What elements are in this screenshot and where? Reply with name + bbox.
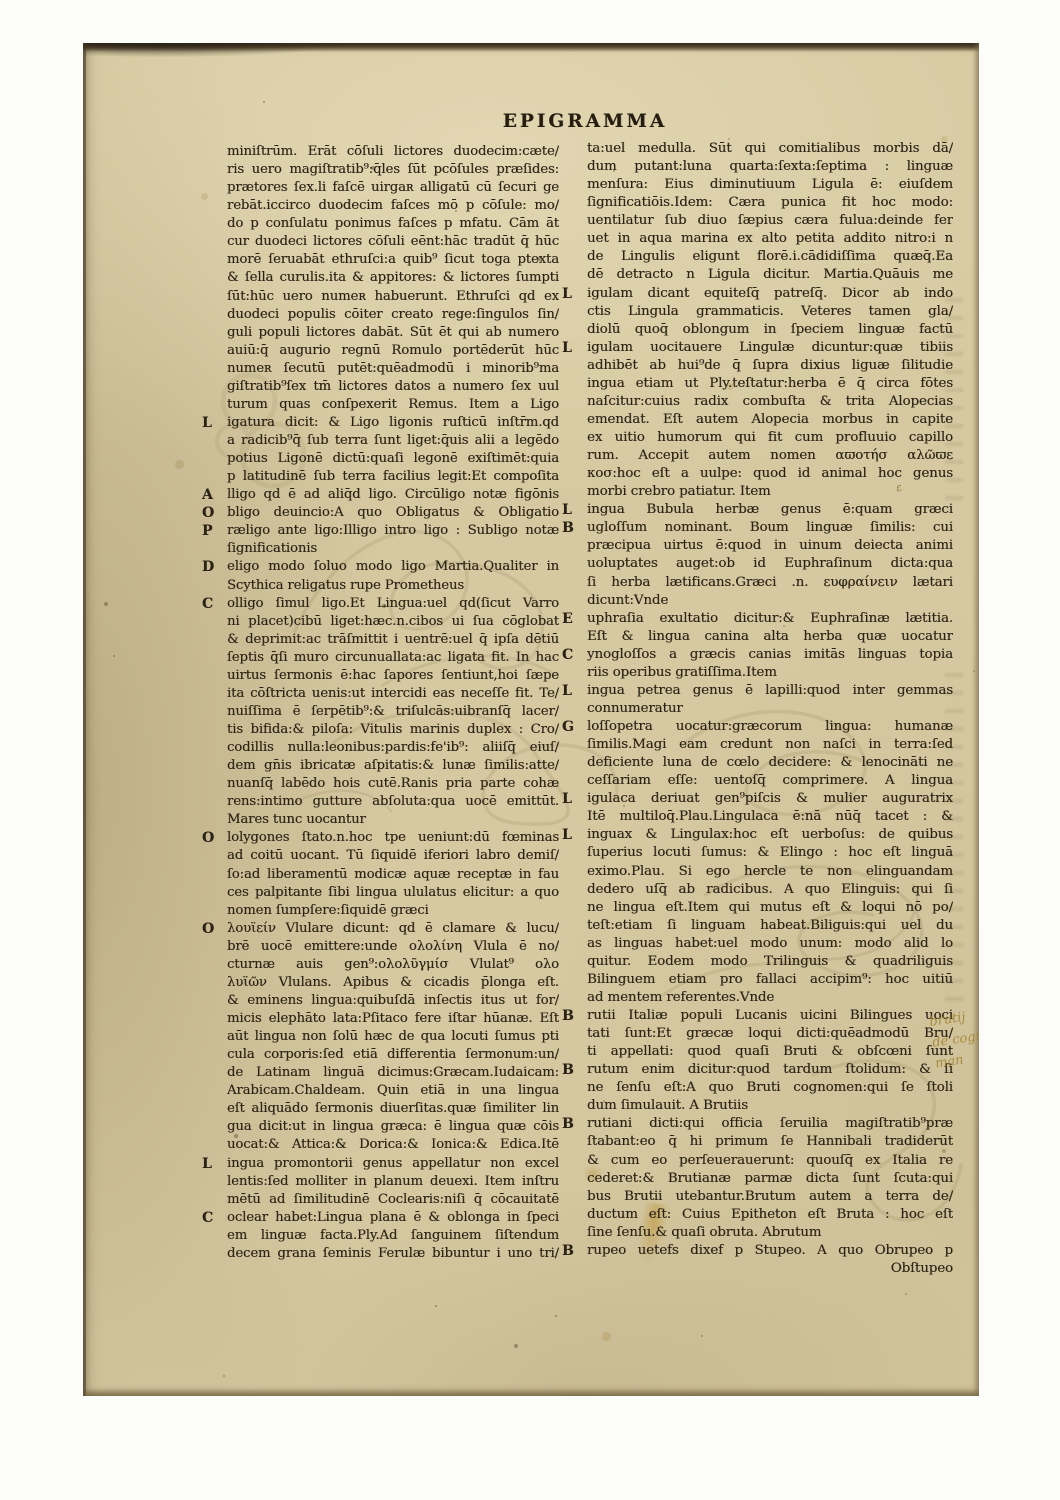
text-line: emendat. Eſt autem Alopecia morbus in ca…: [561, 411, 953, 429]
line-text: eſt aliquādo ſermonis diuerſitas.quæ ſim…: [227, 1100, 559, 1118]
margin-letter: [561, 664, 587, 682]
text-line: rens:intimo gutture abſoluta:qua uocē em…: [201, 793, 559, 811]
line-text: Bilinguem etiam pro fallaci accipim⁹: ho…: [587, 971, 953, 989]
text-line: dedero uſq̄ ab radicibus. A quo Elinguis…: [561, 881, 953, 899]
margin-letter: [561, 574, 587, 592]
margin-letter: [201, 649, 227, 667]
line-text: cur duodeci lictores cōſuli eēnt:hāc tra…: [227, 233, 559, 251]
text-line: λυϊῶν Vlulans. Apibus & cicadis p̄longa …: [201, 974, 559, 992]
line-text: duodeci populis cōiter creato rege:ſingu…: [227, 306, 559, 324]
margin-letter: [201, 1245, 227, 1263]
line-text: ad mentem referentes.Vnde: [587, 989, 953, 1007]
line-text: λυϊῶν Vlulans. Apibus & cicadis p̄longa …: [227, 974, 559, 992]
text-line: Ligulaca deriuat̄ gen⁹piſcis & mulier au…: [561, 790, 953, 808]
margin-letter: [201, 215, 227, 233]
text-line: ad mentem referentes.Vnde: [561, 989, 953, 1007]
margin-letter: [561, 1025, 587, 1043]
margin-letter: [561, 628, 587, 646]
text-line: ſuperius locuti ſumus: & Elingo : hoc eſ…: [561, 844, 953, 862]
margin-letter: [201, 324, 227, 342]
text-line: ctis Lingula grammaticis. Veteres tamen …: [561, 303, 953, 321]
text-line: numeʀ ſecutū putēt:quēadmodū i minorib⁹m…: [201, 360, 559, 378]
text-line: Ololygones ſtato.n.hoc tpe ueniunt:dū fœ…: [201, 829, 559, 847]
margin-letter: [201, 540, 227, 558]
margin-letter: L: [561, 285, 587, 303]
text-line: de Latinam linguā dicimus:Græcam.Iudaica…: [201, 1064, 559, 1082]
text-column-right: ta:uel medulla. Sūt qui comitialibus mor…: [561, 140, 953, 1278]
margin-letter: [561, 429, 587, 447]
line-text: ingua petrea genus ē lapilli:quod inter …: [587, 682, 953, 700]
margin-letter: [201, 811, 227, 829]
margin-letter: [201, 757, 227, 775]
margin-letter: [561, 357, 587, 375]
line-text: dem gn̄is ibricatæ aſpitatis:& lunæ ſimi…: [227, 757, 559, 775]
line-text: rutum enim dicitur:quod tardum ſtolidum:…: [587, 1061, 953, 1079]
margin-letter: [201, 342, 227, 360]
line-text: ſtabant:eo q̄ hi primum ſe Hannibali tra…: [587, 1133, 953, 1151]
text-line: rum. Accepit autem nomen αϖοτήσ αλῶϖε: [561, 447, 953, 465]
text-line: Ligulam dicant equiteſq̄ patreſq̄. Dicor…: [561, 285, 953, 303]
line-text: ſi herba lætificans.Græci .n. ευφραίνειν…: [587, 574, 953, 592]
text-line: decem grana ſeminis Ferulæ bibuntur i un…: [201, 1245, 559, 1263]
line-text: turum quas conſpexerit Remus. Item a Lig…: [227, 396, 559, 414]
text-line: do p conſulatu ponimus faſces p mfatu. C…: [201, 215, 559, 233]
text-line: & eminens lingua:quibuſdā inſectis itus …: [201, 992, 559, 1010]
line-text: aūt lingua non ſolū hæc de qua locuti ſu…: [227, 1028, 559, 1046]
line-text: naſcitur:cuius radix combuſta & trita Al…: [587, 393, 953, 411]
line-text: cederet:& Brutianæ parmæ dicta ſunt ſcut…: [587, 1170, 953, 1188]
line-text: Itē multiloq̄.Plau.Lingulaca ē:nā nūq̄ t…: [587, 808, 953, 826]
margin-letter: [561, 754, 587, 772]
line-text: tati ſunt:Et græcæ loqui dicti:quēadmodū…: [587, 1025, 953, 1043]
margin-letter: [561, 863, 587, 881]
margin-letter: [201, 902, 227, 920]
text-line: morē ſeruabāt ethruſci:a quib⁹ ſicut tog…: [201, 251, 559, 269]
line-text: morē ſeruabāt ethruſci:a quib⁹ ſicut tog…: [227, 251, 559, 269]
text-line: ta:uel medulla. Sūt qui comitialibus mor…: [561, 140, 953, 158]
margin-letter: [561, 321, 587, 339]
margin-letter: [561, 844, 587, 862]
line-text: ſine ſenſu.& quaſi obruta. Abrutum: [587, 1224, 953, 1242]
margin-letter: [561, 248, 587, 266]
text-column-left: miniſtrūm. Erāt cōſuli lictores duodecim…: [201, 143, 559, 1263]
text-line: Arabicam.Chaldeam. Quin etiā in una ling…: [201, 1082, 559, 1100]
line-text: rens:intimo gutture abſoluta:qua uocē em…: [227, 793, 559, 811]
text-line: nuanſq̄ labēdo hois cutē.Ranis pria part…: [201, 775, 559, 793]
text-line: brē uocē emittere:unde ολολίνη Vlula ē n…: [201, 938, 559, 956]
line-text: mētū ad ſimilitudinē Coclearis:niſi q̄ c…: [227, 1191, 559, 1209]
text-line: & cum eo perſeuerauerunt: quouſq̄ ex Ita…: [561, 1152, 953, 1170]
line-text: Scythica religatus rupe Prometheus: [227, 577, 559, 595]
text-line: guli populi lictores dabāt. Sūt ēt qui a…: [201, 324, 559, 342]
margin-letter: [201, 775, 227, 793]
margin-letter: [561, 1170, 587, 1188]
line-text: & deprimit:ac trāſmittit i uentrē:uel q̄…: [227, 631, 559, 649]
margin-letter: [561, 266, 587, 284]
margin-letter: P: [201, 522, 227, 540]
text-line: Brutiani dicti:qui officia ſeruilia magi…: [561, 1115, 953, 1133]
text-line: ſignificationis: [201, 540, 559, 558]
margin-letter: L: [561, 826, 587, 844]
text-line: Bilinguem etiam pro fallaci accipim⁹: ho…: [561, 971, 953, 989]
margin-letter: [561, 1043, 587, 1061]
line-text: & ſella curulis.ita & appitores: & licto…: [227, 269, 559, 287]
text-line: ingua etiam ut Ply.teſtatur:herba ē q̄ c…: [561, 375, 953, 393]
margin-letter: [561, 953, 587, 971]
line-text: uphraſia exultatio dicitur:& Euphraſinæ …: [587, 610, 953, 628]
line-text: uoluptates auget:ob id Euphraſinum dicta…: [587, 555, 953, 573]
text-line: miniſtrūm. Erāt cōſuli lictores duodecim…: [201, 143, 559, 161]
margin-letter: [561, 411, 587, 429]
text-line: tis bifida:& piloſa: Vitulis marinis dup…: [201, 721, 559, 739]
text-line: præcipua uirtus ē:quod in uinum deiecta …: [561, 537, 953, 555]
text-line: dē detracto n Ligula dicitur. Martia.Quā…: [561, 266, 953, 284]
text-line: Præligo ante ligo:Illigo intro ligo : Su…: [201, 522, 559, 540]
text-line: uet in aqua marina ex alto petita addito…: [561, 230, 953, 248]
text-line: cederet:& Brutianæ parmæ dicta ſunt ſcut…: [561, 1170, 953, 1188]
line-text: rupeo uetef̄s dixef̄ p Stupeo. A quo Obr…: [587, 1242, 953, 1260]
line-text: riis operibus gratiſſima.Item: [587, 664, 953, 682]
margin-letter: [561, 447, 587, 465]
margin-letter: L: [561, 682, 587, 700]
line-text: em linguæ facta.Ply.Ad ſanguinem ſiſtend…: [227, 1227, 559, 1245]
margin-letter: L: [561, 339, 587, 357]
text-line: Euphraſia exultatio dicitur:& Euphraſinæ…: [561, 610, 953, 628]
margin-letter: [201, 685, 227, 703]
text-line: prætores ſex.li faſcē uirgaʀ alligatū cū…: [201, 179, 559, 197]
margin-letter: [561, 303, 587, 321]
margin-letter: [201, 703, 227, 721]
text-line: naſcitur:cuius radix combuſta & trita Al…: [561, 393, 953, 411]
margin-letter: [201, 739, 227, 757]
line-text: potius Ligonē dictū:quaſi legonē exiſtim…: [227, 450, 559, 468]
margin-letter: [201, 1046, 227, 1064]
margin-letter: [201, 884, 227, 902]
text-line: connumeratur: [561, 700, 953, 718]
line-text: ne ſenſu eſt:A quo Bruti cognomen:qui ſe…: [587, 1079, 953, 1097]
margin-letter: [201, 450, 227, 468]
line-text: miniſtrūm. Erāt cōſuli lictores duodecim…: [227, 143, 559, 161]
line-text: uirtus ſermonis ē:hac ſapores ſentiunt̄,…: [227, 667, 559, 685]
line-text: rutii Italiæ populi Lucanis uicini Bilin…: [587, 1007, 953, 1025]
text-line: Lingua Bubula herbæ genus ē:quam græci: [561, 501, 953, 519]
line-text: ingua etiam ut Ply.teſtatur:herba ē q̄ c…: [587, 375, 953, 393]
margin-letter: [561, 736, 587, 754]
line-text: adhibēt̄ ab hui⁹de q̄ ſupra dixius liguæ…: [587, 357, 953, 375]
text-line: Mares tunc uocantur: [201, 811, 559, 829]
text-line: ceſſariam eſſe: uentoſq̄ comprimere. A l…: [561, 772, 953, 790]
line-text: rebāt.iccirco duodecim faſces mō p cōſul…: [227, 197, 559, 215]
text-line: ſūt:hūc uero numeʀ habuerunt. Ethruſci q…: [201, 288, 559, 306]
margin-letter: B: [561, 1242, 587, 1260]
line-text: & eminens lingua:quibuſdā inſectis itus …: [227, 992, 559, 1010]
margin-letter: O: [201, 829, 227, 847]
margin-letter: [201, 938, 227, 956]
line-text: ſuperius locuti ſumus: & Elingo : hoc eſ…: [587, 844, 953, 862]
text-line: Oλουϊείν Vlulare dicunt: qd̄ ē clamare &…: [201, 920, 559, 938]
line-text: brē uocē emittere:unde ολολίνη Vlula ē n…: [227, 938, 559, 956]
margin-letter: [201, 378, 227, 396]
margin-letter: [201, 233, 227, 251]
line-text: Mares tunc uocantur: [227, 811, 559, 829]
text-line: Brutii Italiæ populi Lucanis uicini Bili…: [561, 1007, 953, 1025]
line-text: bligo deuincio:A quo Obligatus & Obligat…: [227, 504, 559, 522]
text-line: giſtratib⁹ſex tm̄ lictores datos a numer…: [201, 378, 559, 396]
margin-letter: L: [201, 414, 227, 432]
line-text: præcipua uirtus ē:quod in uinum deiecta …: [587, 537, 953, 555]
margin-letter: [201, 1028, 227, 1046]
book-page: EPIGRAMMA miniſtrūm. Erāt cōſuli lictore…: [83, 43, 979, 1396]
line-text: dedero uſq̄ ab radicibus. A quo Elinguis…: [587, 881, 953, 899]
margin-letter: [201, 1118, 227, 1136]
text-line: diolū quoq̄ oblongum in ſpeciem linguæ f…: [561, 321, 953, 339]
text-line: mētū ad ſimilitudinē Coclearis:niſi q̄ c…: [201, 1191, 559, 1209]
scan-canvas: EPIGRAMMA miniſtrūm. Erāt cōſuli lictore…: [0, 0, 1060, 1500]
line-text: decem grana ſeminis Ferulæ bibuntur i un…: [227, 1245, 559, 1263]
text-line: cula corporis:ſed etiā differentia ſermo…: [201, 1046, 559, 1064]
line-text: micis elephāto lata:Pſitaco fere iſtar h…: [227, 1010, 559, 1028]
line-text: rutiani dicti:qui officia ſeruilia magiſ…: [587, 1115, 953, 1133]
line-text: nuiſſima ē ſerpētib⁹:& triſulcās:uibranſ…: [227, 703, 559, 721]
margin-letter: L: [561, 501, 587, 519]
text-line: turum quas conſpexerit Remus. Item a Lig…: [201, 396, 559, 414]
margin-letter: [561, 555, 587, 573]
margin-letter: D: [201, 558, 227, 576]
text-line: de Lingulis eligunt florē.i.cādidiſſima …: [561, 248, 953, 266]
margin-letter: B: [561, 1115, 587, 1133]
text-line: as linguas habet:uel modo unum: modo ali…: [561, 935, 953, 953]
text-line: Scythica religatus rupe Prometheus: [201, 577, 559, 595]
text-line: auiū:q̄ augurio regnū Romulo portēderūt …: [201, 342, 559, 360]
line-text: emendat. Eſt autem Alopecia morbus in ca…: [587, 411, 953, 429]
margin-letter: [561, 537, 587, 555]
line-text: uet in aqua marina ex alto petita addito…: [587, 230, 953, 248]
line-text: ſeptis q̄ſi muro circunuallata:ac ligata…: [227, 649, 559, 667]
line-text: auiū:q̄ augurio regnū Romulo portēderūt …: [227, 342, 559, 360]
line-text: menſura: Eius diminutiuum Ligula ē: eiuſ…: [587, 176, 953, 194]
text-line: ſeptis q̄ſi muro circunuallata:ac ligata…: [201, 649, 559, 667]
margin-letter: [201, 667, 227, 685]
margin-letter: [561, 483, 587, 501]
margin-letter: [561, 917, 587, 935]
text-line: Gloſſopetra uocatur:græcorum lingua: hum…: [561, 718, 953, 736]
line-text: ſignificatiōis.Idem: Cæra punica fit hoc…: [587, 194, 953, 212]
line-text: lligo qd ē ad aliq̄d ligo. Circūligo not…: [227, 486, 559, 504]
margin-letter: [201, 721, 227, 739]
line-text: guli populi lictores dabāt. Sūt ēt qui a…: [227, 324, 559, 342]
line-text: de Lingulis eligunt florē.i.cādidiſſima …: [587, 248, 953, 266]
text-line: Ligulam uocitauere Lingulæ dicuntur:quæ …: [561, 339, 953, 357]
text-line: Lingua promontorii genus appellatur non …: [201, 1155, 559, 1173]
margin-letter: [201, 613, 227, 631]
margin-letter: [201, 631, 227, 649]
margin-letter: [201, 179, 227, 197]
text-line: uentilatur ſub diuo ſæpius cæra fulua:de…: [561, 212, 953, 230]
text-line: Ligatura dicit̄: & Ligo ligonis ruſticū …: [201, 414, 559, 432]
margin-letter: [561, 375, 587, 393]
line-text: do p conſulatu ponimus faſces p mfatu. C…: [227, 215, 559, 233]
text-line: menſura: Eius diminutiuum Ligula ē: eiuſ…: [561, 176, 953, 194]
margin-letter: [561, 1224, 587, 1242]
margin-letter: [201, 1100, 227, 1118]
line-text: ynogloſſos a græcis canias imitās lingua…: [587, 646, 953, 664]
text-line: quitur. Eodem modo Trilinguis & quadrili…: [561, 953, 953, 971]
text-line: Coclear habet:Lingua plana ē & oblonga i…: [201, 1209, 559, 1227]
line-text: tis bifida:& piloſa: Vitulis marinis dup…: [227, 721, 559, 739]
margin-letter: [561, 1260, 587, 1278]
line-text: eximo.Plau. Si ego hercle te non elingua…: [587, 863, 953, 881]
text-line: tati ſunt:Et græcæ loqui dicti:quēadmodū…: [561, 1025, 953, 1043]
text-line: riis operibus gratiſſima.Item: [561, 664, 953, 682]
line-text: cula corporis:ſed etiā differentia ſermo…: [227, 1046, 559, 1064]
line-text: Eſt & lingua canina alta herba quæ uocat…: [587, 628, 953, 646]
text-line: aūt lingua non ſolū hæc de qua locuti ſu…: [201, 1028, 559, 1046]
text-line: Bugloſſum nominant. Boum linguæ ſimilis:…: [561, 519, 953, 537]
text-line: uirtus ſermonis ē:hac ſapores ſentiunt̄,…: [201, 667, 559, 685]
line-text: lentis:ſed molliter in planum deuexi. It…: [227, 1173, 559, 1191]
line-text: loſſopetra uocatur:græcorum lingua: huma…: [587, 718, 953, 736]
text-line: Obligo deuincio:A quo Obligatus & Obliga…: [201, 504, 559, 522]
margin-letter: [561, 1133, 587, 1151]
line-text: numeʀ ſecutū putēt:quēadmodū i minorib⁹m…: [227, 360, 559, 378]
margin-letter: [201, 432, 227, 450]
text-line: ſo:ad liberamentū modicæ aquæ receptæ in…: [201, 866, 559, 884]
text-line: Itē multiloq̄.Plau.Lingulaca ē:nā nūq̄ t…: [561, 808, 953, 826]
line-text: uentilatur ſub diuo ſæpius cæra fulua:de…: [587, 212, 953, 230]
line-text: as linguas habet:uel modo unum: modo ali…: [587, 935, 953, 953]
line-text: igulaca deriuat̄ gen⁹piſcis & mulier aug…: [587, 790, 953, 808]
line-text: giſtratib⁹ſex tm̄ lictores datos a numer…: [227, 378, 559, 396]
text-line: & deprimit:ac trāſmittit i uentrē:uel q̄…: [201, 631, 559, 649]
line-text: de Latinam linguā dicimus:Græcam.Iudaica…: [227, 1064, 559, 1082]
margin-letter: [201, 577, 227, 595]
margin-letter: C: [201, 595, 227, 613]
margin-letter: [201, 1082, 227, 1100]
line-text: ni placet)cibū liget:hæc.n.cibos ui ſua …: [227, 613, 559, 631]
line-text: dum putant:luna quarta:ſexta:ſeptima : l…: [587, 158, 953, 176]
margin-letter: [561, 1152, 587, 1170]
line-text: ces palpitante ſibi lingua ululatus elic…: [227, 884, 559, 902]
page-edge-bottom: [83, 1388, 979, 1396]
margin-letter: [561, 881, 587, 899]
margin-letter: [201, 143, 227, 161]
margin-letter: [201, 288, 227, 306]
margin-letter: [201, 161, 227, 179]
margin-letter: [201, 1136, 227, 1154]
text-line: Lingua petrea genus ē lapilli:quod inter…: [561, 682, 953, 700]
text-line: Linguax & Lingulax:hoc eſt uerboſus: de …: [561, 826, 953, 844]
line-text: cturnæ auis gen⁹:ολολῦγμίσ Vlulat⁹ ολο: [227, 956, 559, 974]
text-line: ſi herba lætificans.Græci .n. ευφραίνειν…: [561, 574, 953, 592]
text-line: dum ſimulauit. A Brutiis: [561, 1097, 953, 1115]
margin-letter: [561, 772, 587, 790]
margin-letter: [561, 212, 587, 230]
margin-letter: [561, 1079, 587, 1097]
margin-letter: L: [201, 1155, 227, 1173]
line-text: ti appellati: quod quaſi Bruti & obſcœni…: [587, 1043, 953, 1061]
margin-letter: E: [561, 610, 587, 628]
line-text: ris uero magiſtratib⁹:q̄les ſūt pcōſules…: [227, 161, 559, 179]
text-line: teſt:etiam ſi linguam habeat.Biliguis:qu…: [561, 917, 953, 935]
line-text: oclear habet:Lingua plana ē & oblonga in…: [227, 1209, 559, 1227]
text-line: Brupeo uetef̄s dixef̄ p Stupeo. A quo Ob…: [561, 1242, 953, 1260]
margin-letter: [561, 700, 587, 718]
line-text: eligo modo ſoluo modo ligo Martia.Qualit…: [227, 558, 559, 576]
margin-letter: [201, 956, 227, 974]
margin-letter: C: [561, 646, 587, 664]
line-text: gua dicit̄:ut in lingua græca: ē lingua …: [227, 1118, 559, 1136]
text-line: ces palpitante ſibi lingua ululatus elic…: [201, 884, 559, 902]
margin-letter: [561, 194, 587, 212]
margin-letter: [561, 899, 587, 917]
line-text: ingua promontorii genus appellatur non e…: [227, 1155, 559, 1173]
margin-letter: [561, 1097, 587, 1115]
margin-letter: [201, 251, 227, 269]
text-line: κοσ:hoc eſt a uulpe: quod id animal hoc …: [561, 465, 953, 483]
margin-letter: [201, 396, 227, 414]
text-line: p latitudinē ſub terra facilius legit̄:E…: [201, 468, 559, 486]
margin-letter: B: [561, 519, 587, 537]
text-line: duodeci populis cōiter creato rege:ſingu…: [201, 306, 559, 324]
text-line: uocat̄:& Attica:& Dorica:& Ionica:& Edic…: [201, 1136, 559, 1154]
margin-letter: [201, 974, 227, 992]
line-text: inguax & Lingulax:hoc eſt uerboſus: de q…: [587, 826, 953, 844]
text-line: ita cōſtricta uenis:ut intercidi eas nec…: [201, 685, 559, 703]
text-line: deficiente luna de cœlo decidere: & leno…: [561, 754, 953, 772]
line-text: ræligo ante ligo:Illigo intro ligo : Sub…: [227, 522, 559, 540]
line-text: olligo ſimul ligo.Et Lingua:uel qd̄(ſicu…: [227, 595, 559, 613]
text-line: ris uero magiſtratib⁹:q̄les ſūt pcōſules…: [201, 161, 559, 179]
line-text: ſo:ad liberamentū modicæ aquæ receptæ in…: [227, 866, 559, 884]
margin-letter: [201, 1064, 227, 1082]
margin-letter: [561, 393, 587, 411]
margin-letter: [561, 465, 587, 483]
text-line: dum putant:luna quarta:ſexta:ſeptima : l…: [561, 158, 953, 176]
text-line: em linguæ facta.Ply.Ad ſanguinem ſiſtend…: [201, 1227, 559, 1245]
line-text: prætores ſex.li faſcē uirgaʀ alligatū cū…: [227, 179, 559, 197]
text-line: ni placet)cibū liget:hæc.n.cibos ui ſua …: [201, 613, 559, 631]
margin-letter: [561, 176, 587, 194]
page-edge-left: [83, 43, 86, 1396]
text-line: nuiſſima ē ſerpētib⁹:& triſulcās:uibranſ…: [201, 703, 559, 721]
line-text: ita cōſtricta uenis:ut intercidi eas nec…: [227, 685, 559, 703]
text-line: micis elephāto lata:Pſitaco fere iſtar h…: [201, 1010, 559, 1028]
margin-letter: [561, 808, 587, 826]
line-text: teſt:etiam ſi linguam habeat.Biliguis:qu…: [587, 917, 953, 935]
line-text: ſūt:hūc uero numeʀ habuerunt. Ethruſci q…: [227, 288, 559, 306]
text-line: eximo.Plau. Si ego hercle te non elingua…: [561, 863, 953, 881]
line-text: ſignificationis: [227, 540, 559, 558]
text-line: nomen ſumpſere:ſiquidē græci: [201, 902, 559, 920]
line-text: ctis Lingula grammaticis. Veteres tamen …: [587, 303, 953, 321]
text-line: gua dicit̄:ut in lingua græca: ē lingua …: [201, 1118, 559, 1136]
line-text: lolygones ſtato.n.hoc tpe ueniunt:dū fœm…: [227, 829, 559, 847]
text-line: ſtabant:eo q̄ hi primum ſe Hannibali tra…: [561, 1133, 953, 1151]
line-text: igulam uocitauere Lingulæ dicuntur:quæ t…: [587, 339, 953, 357]
margin-letter: [561, 230, 587, 248]
margin-letter: [561, 158, 587, 176]
margin-letter: [201, 1173, 227, 1191]
text-line: Colligo ſimul ligo.Et Lingua:uel qd̄(ſic…: [201, 595, 559, 613]
margin-letter: O: [201, 920, 227, 938]
line-text: deficiente luna de cœlo decidere: & leno…: [587, 754, 953, 772]
margin-letter: A: [201, 486, 227, 504]
margin-letter: B: [561, 1061, 587, 1079]
margin-letter: [201, 992, 227, 1010]
margin-letter: [201, 866, 227, 884]
text-line: ductum eſt: Cuius Epitheton eſt Bruta : …: [561, 1206, 953, 1224]
text-line: & ſella curulis.ita & appitores: & licto…: [201, 269, 559, 287]
